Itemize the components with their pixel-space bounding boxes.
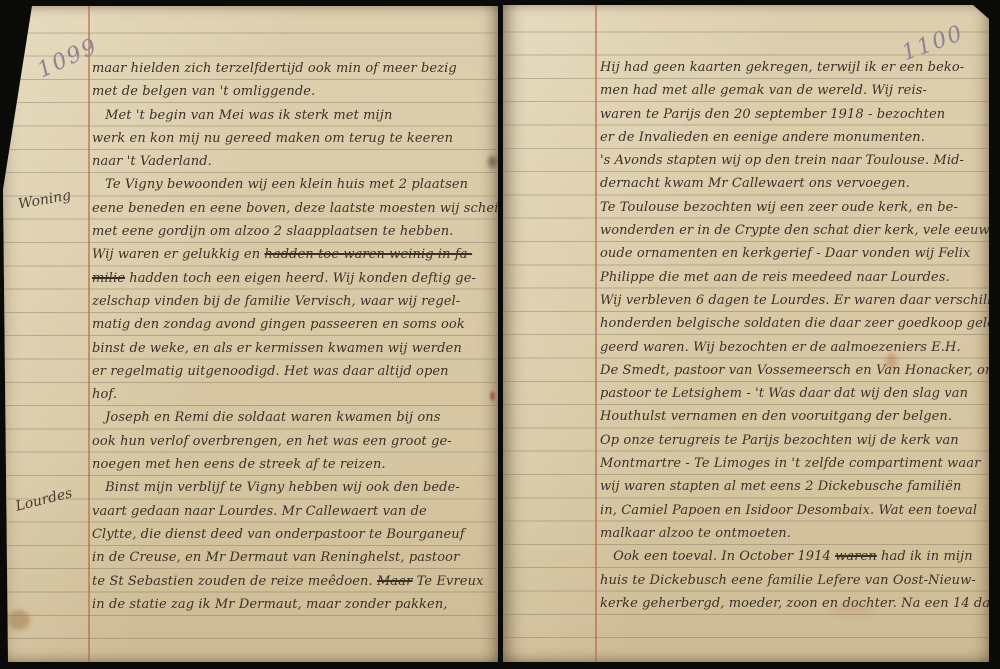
line-text: hof. [92,387,117,402]
line-text: hadden toch een eigen heerd. Wij konden … [125,271,476,286]
manuscript-line: ook hun verlof overbrengen, en het was e… [92,430,496,453]
line-text: ook hun verlof overbrengen, en het was e… [92,434,452,449]
line-text: huis te Dickebusch eene familie Lefere v… [600,573,976,588]
right-page: 1100 Hij had geen kaarten gekregen, terw… [503,5,989,662]
line-text: binst de weke, en als er kermissen kwame… [92,341,462,356]
manuscript-line: matig den zondag avond gingen passeeren … [92,313,496,336]
line-text: werk en kon mij nu gereed maken om terug… [92,131,453,146]
manuscript-line: werk en kon mij nu gereed maken om terug… [92,127,496,150]
line-text: met eene gordijn om alzoo 2 slaapplaatse… [92,224,453,239]
manuscript-line: Joseph en Remi die soldaat waren kwamen … [92,406,496,429]
stain [8,610,30,630]
line-text: 's Avonds stapten wij op den trein naar … [600,153,964,168]
line-text: Te Vigny bewoonden wij een klein huis me… [92,177,468,192]
stain [886,353,897,369]
manuscript-line: te St Sebastien zouden de reize meêdoen.… [92,570,496,593]
line-text: waren [835,549,877,564]
manuscript-line: pastoor te Letsighem - 't Was daar dat w… [600,382,988,405]
line-text: Hij had geen kaarten gekregen, terwijl i… [600,60,964,75]
manuscript-line: Wij waren er gelukkig en hadden toe ware… [92,243,496,266]
manuscript-line: met de belgen van 't omliggende. [92,80,496,103]
line-text: naar 't Vaderland. [92,154,212,169]
line-text: Montmartre - Te Limoges in 't zelfde com… [600,456,980,471]
manuscript-line: Binst mijn verblijf te Vigny hebben wij … [92,476,496,499]
line-text: met de belgen van 't omliggende. [92,84,315,99]
line-text: geerd waren. Wij bezochten er de aalmoez… [600,340,961,355]
manuscript-line: Montmartre - Te Limoges in 't zelfde com… [600,452,988,475]
stain [829,603,875,617]
left-page-text: maar hielden zich terzelfdertijd ook min… [92,57,496,616]
manuscript-line: men had met alle gemak van de wereld. Wi… [600,79,988,102]
diary-scan: 1099 Woning Lourdes maar hielden zich te… [0,0,1000,669]
manuscript-line: honderden belgische soldaten die daar ze… [600,312,988,335]
manuscript-line: wij waren stapten al met eens 2 Dickebus… [600,475,988,498]
manuscript-line: Ook een toeval. In October 1914 waren ha… [600,545,988,568]
line-text: Binst mijn verblijf te Vigny hebben wij … [92,480,460,495]
line-text: vaart gedaan naar Lourdes. Mr Callewaert… [92,504,427,519]
line-text: had ik in mijn [877,549,973,564]
line-text: Op onze terugreis te Parijs bezochten wi… [600,433,959,448]
manuscript-line: Wij verbleven 6 dagen te Lourdes. Er war… [600,289,988,312]
line-text: milie [92,271,125,286]
left-page: 1099 Woning Lourdes maar hielden zich te… [0,6,498,662]
line-text: Wij waren er gelukkig en [92,247,264,262]
line-text: matig den zondag avond gingen passeeren … [92,317,465,332]
manuscript-line: wonderden er in de Crypte den schat dier… [600,219,988,242]
manuscript-line: malkaar alzoo te ontmoeten. [600,522,988,545]
line-text: Philippe die met aan de reis meedeed naa… [600,270,950,285]
manuscript-line: Op onze terugreis te Parijs bezochten wi… [600,429,988,452]
stain [488,156,497,168]
manuscript-line: huis te Dickebusch eene familie Lefere v… [600,569,988,592]
line-text: wij waren stapten al met eens 2 Dickebus… [600,479,961,494]
manuscript-line: hof. [92,383,496,406]
line-text: Joseph en Remi die soldaat waren kwamen … [92,410,441,425]
line-text: maar hielden zich terzelfdertijd ook min… [92,61,457,76]
line-text: kerke geherbergd, moeder, zoon en dochte… [600,596,1000,611]
right-page-text: Hij had geen kaarten gekregen, terwijl i… [600,56,988,615]
manuscript-line: Houthulst vernamen en den vooruitgang de… [600,405,988,428]
manuscript-line: oude ornamenten en kerkgerief - Daar von… [600,242,988,265]
line-text: Te Evreux [412,574,483,589]
manuscript-line: naar 't Vaderland. [92,150,496,173]
line-text: dernacht kwam Mr Callewaert ons vervoege… [600,176,910,191]
line-text: pastoor te Letsighem - 't Was daar dat w… [600,386,968,401]
manuscript-line: vaart gedaan naar Lourdes. Mr Callewaert… [92,500,496,523]
line-text: De Smedt, pastoor van Vossemeersch en Va… [600,363,1000,378]
manuscript-line: waren te Parijs den 20 september 1918 - … [600,103,988,126]
line-text: noegen met hen eens de streek af te reiz… [92,457,386,472]
manuscript-line: kerke geherbergd, moeder, zoon en dochte… [600,592,988,615]
line-text: wonderden er in de Crypte den schat dier… [600,223,1000,238]
line-text: Clytte, die dienst deed van onderpastoor… [92,527,465,542]
line-text: waren te Parijs den 20 september 1918 - … [600,107,945,122]
manuscript-line: geerd waren. Wij bezochten er de aalmoez… [600,336,988,359]
manuscript-line: in de statie zag ik Mr Dermaut, maar zon… [92,593,496,616]
manuscript-line: eene beneden en eene boven, deze laatste… [92,197,496,220]
manuscript-line: zelschap vinden bij de familie Vervisch,… [92,290,496,313]
manuscript-line: in de Creuse, en Mr Dermaut van Reninghe… [92,546,496,569]
line-text: hadden toe waren weinig in fa- [264,247,472,262]
line-text: zelschap vinden bij de familie Vervisch,… [92,294,460,309]
manuscript-line: noegen met hen eens de streek af te reiz… [92,453,496,476]
line-text: er regelmatig uitgenoodigd. Het was daar… [92,364,449,379]
line-text: Houthulst vernamen en den vooruitgang de… [600,409,952,424]
line-text: Te Toulouse bezochten wij een zeer oude … [600,200,958,215]
line-text: Maar [377,574,412,589]
stain [490,391,495,401]
manuscript-line: Met 't begin van Mei was ik sterk met mi… [92,104,496,127]
line-text: malkaar alzoo te ontmoeten. [600,526,791,541]
manuscript-line: er de Invalieden en eenige andere monume… [600,126,988,149]
line-text: Ook een toeval. In October 1914 [600,549,835,564]
margin-rule-line [88,6,90,662]
line-text: eene beneden en eene boven, deze laatste… [92,201,523,216]
line-text: men had met alle gemak van de wereld. Wi… [600,83,927,98]
line-text: Met 't begin van Mei was ik sterk met mi… [92,108,392,123]
manuscript-line: binst de weke, en als er kermissen kwame… [92,337,496,360]
manuscript-line: Te Vigny bewoonden wij een klein huis me… [92,173,496,196]
manuscript-line: Hij had geen kaarten gekregen, terwijl i… [600,56,988,79]
line-text: er de Invalieden en eenige andere monume… [600,130,925,145]
line-text: Wij verbleven 6 dagen te Lourdes. Er war… [600,293,1000,308]
manuscript-line: De Smedt, pastoor van Vossemeersch en Va… [600,359,988,382]
manuscript-line: Clytte, die dienst deed van onderpastoor… [92,523,496,546]
manuscript-line: Te Toulouse bezochten wij een zeer oude … [600,196,988,219]
line-text: in de statie zag ik Mr Dermaut, maar zon… [92,597,448,612]
manuscript-line: dernacht kwam Mr Callewaert ons vervoege… [600,172,988,195]
margin-rule-line [595,5,597,662]
manuscript-line: met eene gordijn om alzoo 2 slaapplaatse… [92,220,496,243]
manuscript-line: Philippe die met aan de reis meedeed naa… [600,266,988,289]
manuscript-line: maar hielden zich terzelfdertijd ook min… [92,57,496,80]
line-text: te St Sebastien zouden de reize meêdoen. [92,574,377,589]
line-text: oude ornamenten en kerkgerief - Daar von… [600,246,970,261]
manuscript-line: er regelmatig uitgenoodigd. Het was daar… [92,360,496,383]
line-text: in, Camiel Papoen en Isidoor Desombaix. … [600,503,977,518]
manuscript-line: milie hadden toch een eigen heerd. Wij k… [92,267,496,290]
line-text: in de Creuse, en Mr Dermaut van Reninghe… [92,550,459,565]
manuscript-line: in, Camiel Papoen en Isidoor Desombaix. … [600,499,988,522]
manuscript-line: 's Avonds stapten wij op den trein naar … [600,149,988,172]
line-text: honderden belgische soldaten die daar ze… [600,316,1000,331]
